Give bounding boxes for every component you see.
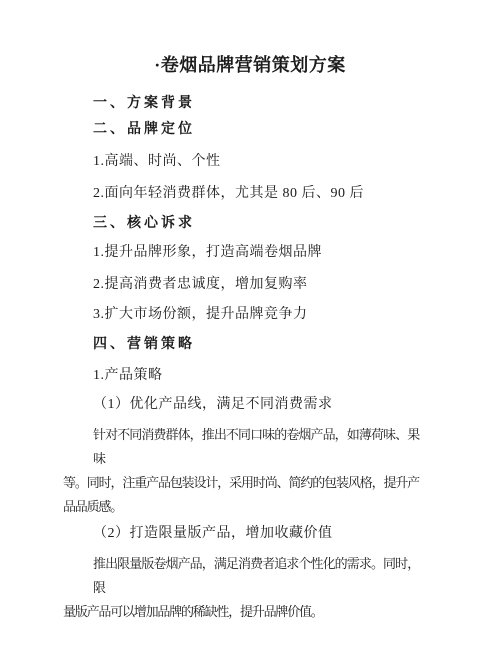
paragraph-line: 等。同时，注重产品包装设计，采用时尚、简约的包装风格，提升产 — [63, 471, 419, 495]
list-item: 2.提高消费者忠诚度，增加复购率 — [63, 273, 437, 297]
subsection-label-optimize-product-line: （1）优化产品线，满足不同消费需求 — [63, 393, 437, 417]
subsection-label-limited-edition: （2）打造限量版产品，增加收藏价值 — [63, 522, 437, 546]
document-title: ·卷烟品牌营销策划方案 — [63, 52, 437, 78]
heading-section-2-positioning: 二、品牌定位 — [63, 118, 437, 142]
subsection-label-product-strategy: 1.产品策略 — [63, 364, 437, 388]
document-page: ·卷烟品牌营销策划方案 一、方案背景 二、品牌定位 1.高端、时尚、个性 2.面… — [0, 0, 500, 647]
paragraph-line: 针对不同消费群体，推出不同口味的卷烟产品，如薄荷味、果味 — [63, 423, 419, 471]
heading-section-1-background: 一、方案背景 — [63, 92, 437, 116]
list-item: 1.提升品牌形象，打造高端卷烟品牌 — [63, 241, 437, 265]
heading-section-3-core-appeal: 三、核心诉求 — [63, 212, 437, 236]
document-content: ·卷烟品牌营销策划方案 一、方案背景 二、品牌定位 1.高端、时尚、个性 2.面… — [0, 0, 500, 624]
heading-section-4-marketing-strategy: 四、营销策略 — [63, 333, 437, 357]
paragraph-line: 量版产品可以增加品牌的稀缺性，提升品牌价值。 — [63, 600, 419, 624]
paragraph-line: 品品质感。 — [63, 495, 419, 519]
list-item: 2.面向年轻消费群体，尤其是 80 后、90 后 — [63, 182, 437, 206]
paragraph-line: 推出限量版卷烟产品，满足消费者追求个性化的需求。同时，限 — [63, 552, 419, 600]
list-item: 1.高端、时尚、个性 — [63, 150, 437, 174]
list-item: 3.扩大市场份额，提升品牌竞争力 — [63, 303, 437, 327]
